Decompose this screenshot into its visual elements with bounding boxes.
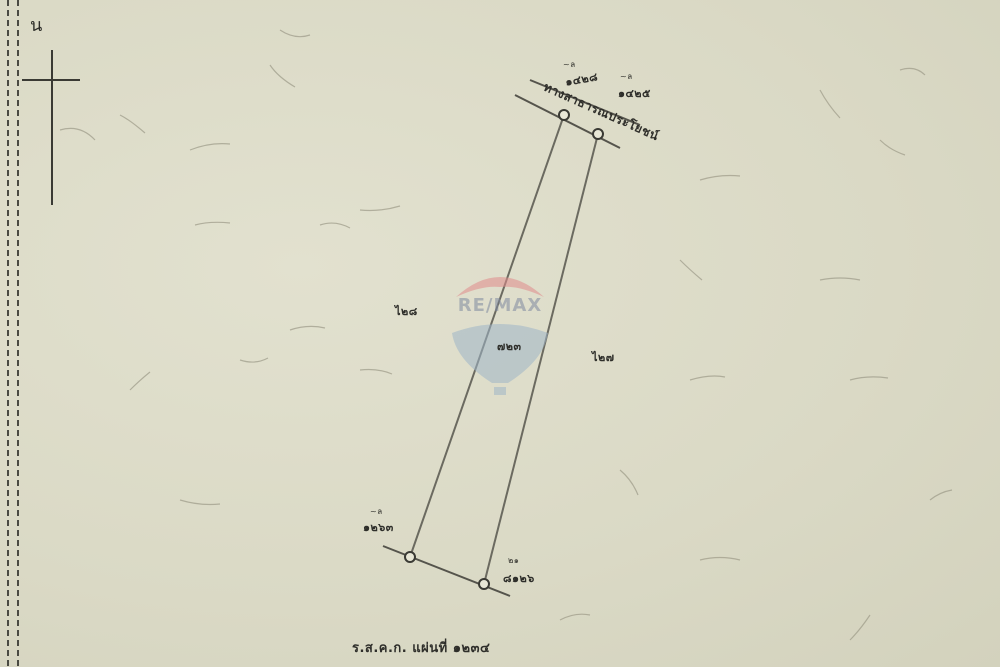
deed-sheet: RE/MAX น ~ล ๑๔๒๘ ~ล ๑๔๒๕ ทางสาธารณประโยช… [0, 0, 1000, 667]
peg-icon [479, 579, 489, 589]
remax-watermark: RE/MAX [448, 265, 552, 400]
balloon-logo-icon [448, 265, 552, 400]
bottom-left-marker-prefix: ~ล [370, 505, 383, 518]
left-neighbor-label: ไ๒๘ [395, 302, 418, 320]
top-left-marker-prefix: ~ล [563, 58, 576, 71]
binding-edge [8, 0, 18, 667]
north-arrow-icon [22, 50, 80, 205]
peg-icon [593, 129, 603, 139]
parcel-area-label: ๗๒๓ [497, 337, 522, 355]
north-label: น [30, 10, 43, 39]
top-right-marker-prefix: ~ล [620, 70, 633, 83]
bottom-left-marker-number: ๑๒๖๓ [363, 518, 394, 536]
bottom-right-marker-number: ๘๑๒๖ [503, 569, 535, 587]
peg-icon [405, 552, 415, 562]
watermark-brand: RE/MAX [448, 295, 552, 316]
footer-sheet-reference: ร.ส.ค.ก. แผ่นที่ ๑๒๓๔ [352, 637, 490, 658]
peg-icon [559, 110, 569, 120]
bottom-right-marker-prefix: ๒๑ [508, 554, 519, 567]
top-right-marker-number: ๑๔๒๕ [618, 84, 651, 102]
right-neighbor-label: ไ๒๗ [592, 348, 615, 366]
